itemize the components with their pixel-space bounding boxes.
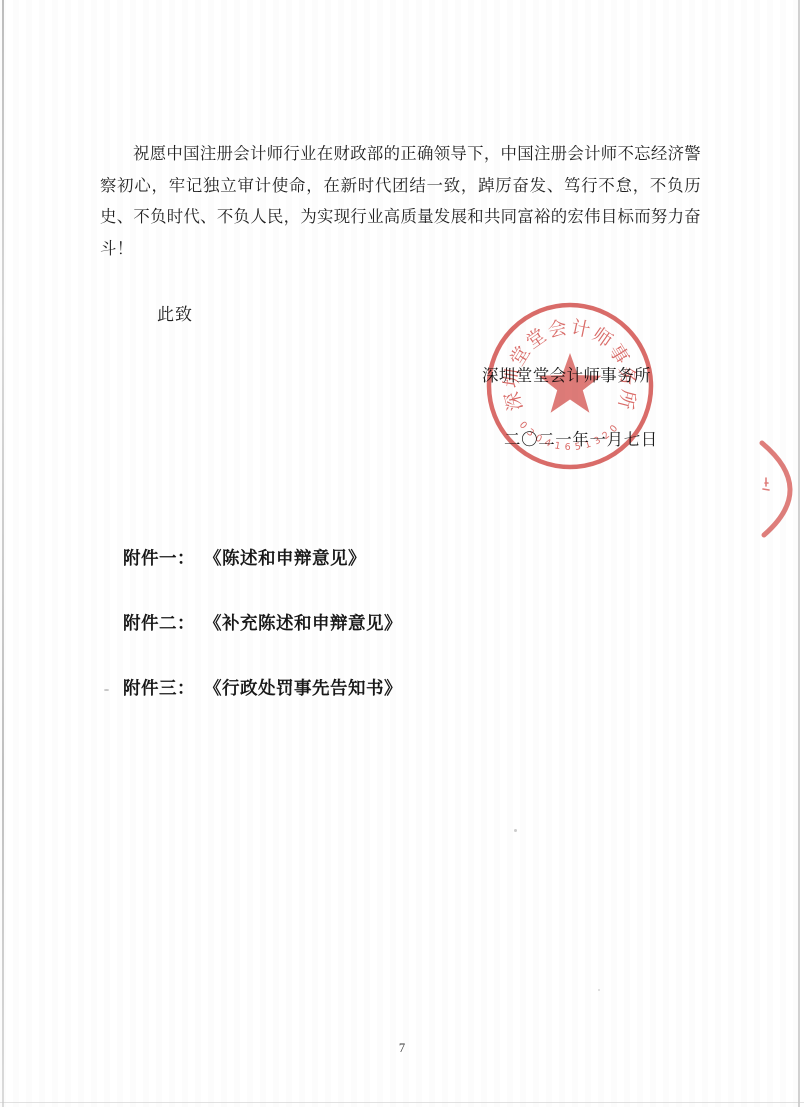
attachment-title: 《补充陈述和申辩意见》 bbox=[204, 610, 402, 635]
attachment-label: 附件二： bbox=[123, 610, 195, 635]
attachment-title: 《陈述和申辩意见》 bbox=[204, 545, 366, 570]
scan-speck bbox=[104, 689, 109, 691]
signature-date: 二〇二一年一月七日 bbox=[504, 426, 658, 450]
attachment-label: 附件一： bbox=[123, 545, 195, 570]
partial-seal-edge-mark bbox=[725, 415, 804, 550]
signature-firm-name: 深圳堂堂会计师事务所 bbox=[482, 362, 651, 386]
attachment-label: 附件三： bbox=[123, 675, 195, 700]
attachment-item-1: 附件一： 《陈述和申辩意见》 bbox=[123, 545, 543, 610]
scan-speck bbox=[598, 989, 600, 991]
partial-seal-ink-fleck bbox=[763, 478, 769, 490]
page-edge-right bbox=[798, 0, 800, 1107]
page-number: 7 bbox=[0, 1041, 804, 1056]
attachment-item-3: 附件三： 《行政处罚事先告知书》 bbox=[123, 675, 543, 740]
attachment-item-2: 附件二： 《补充陈述和申辩意见》 bbox=[123, 610, 543, 675]
attachments-list: 附件一： 《陈述和申辩意见》 附件二： 《补充陈述和申辩意见》 附件三： 《行政… bbox=[123, 545, 543, 740]
page-edge-left bbox=[2, 0, 4, 1107]
attachment-title: 《行政处罚事先告知书》 bbox=[204, 675, 402, 700]
closing-paragraph: 祝愿中国注册会计师行业在财政部的正确领导下，中国注册会计师不忘经济警察初心，牢记… bbox=[100, 138, 701, 264]
salutation-cizhi: 此致 bbox=[157, 300, 193, 325]
scanned-document-page: 祝愿中国注册会计师行业在财政部的正确领导下，中国注册会计师不忘经济警察初心，牢记… bbox=[0, 0, 804, 1107]
page-edge-bottom bbox=[0, 1102, 804, 1103]
partial-seal-arc bbox=[762, 443, 790, 535]
scan-speck bbox=[514, 829, 517, 832]
